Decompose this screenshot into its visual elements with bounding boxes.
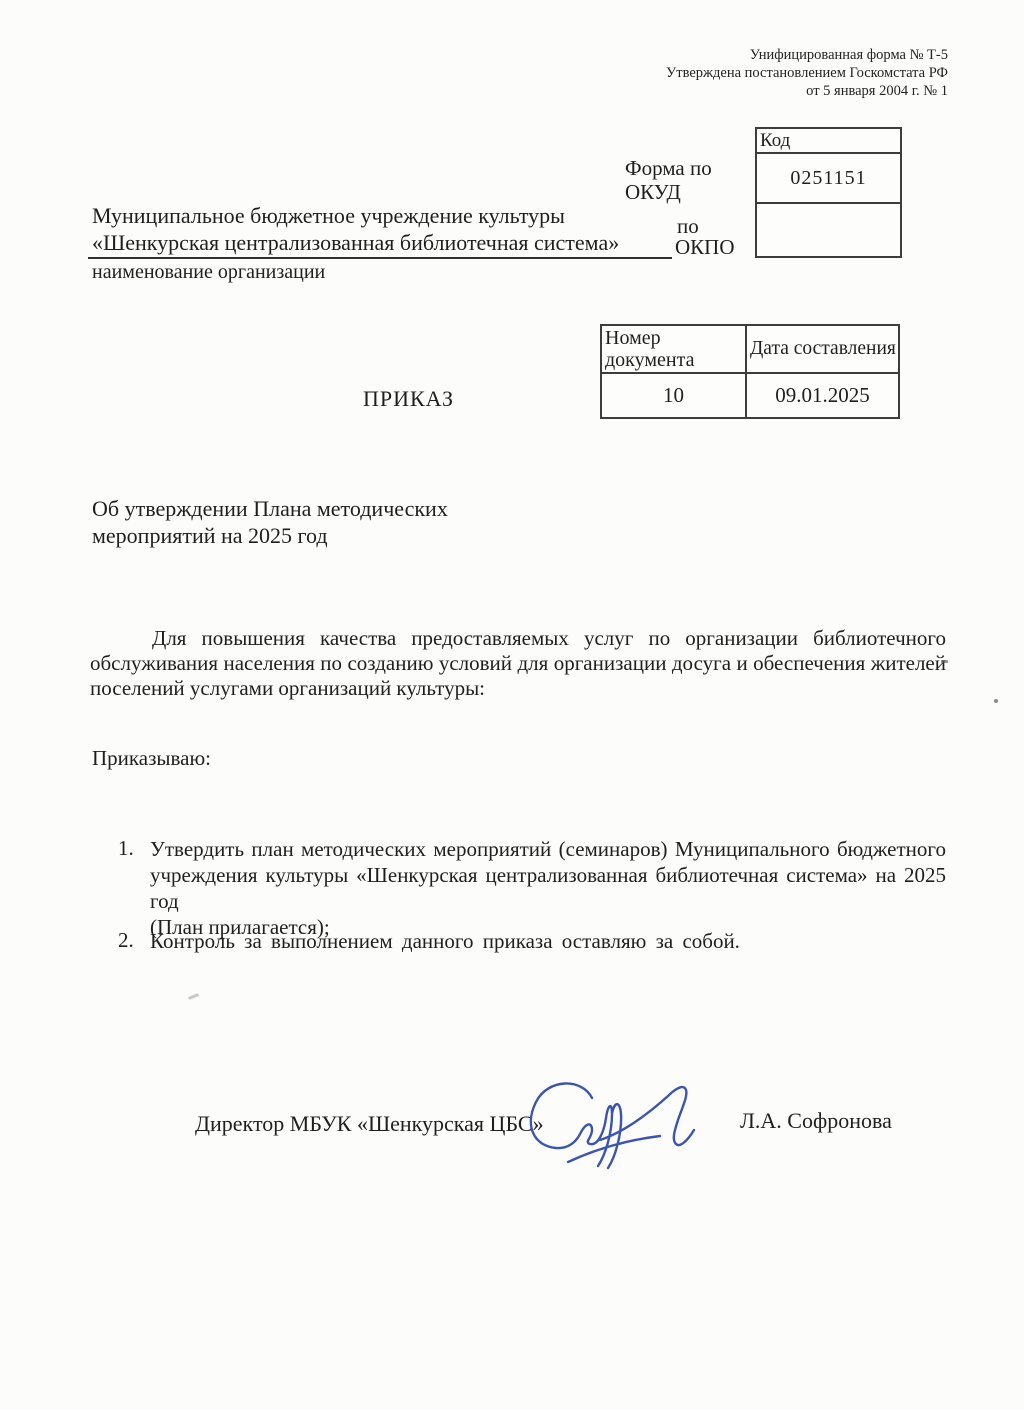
date-header-cell: Дата составления bbox=[745, 326, 898, 372]
okud-form-label: Форма по ОКУД bbox=[625, 156, 712, 204]
organization-name-line1: Муниципальное бюджетное учреждение культ… bbox=[92, 203, 565, 229]
list-item-number: 2. bbox=[118, 928, 134, 953]
code-table: Код 0251151 bbox=[755, 127, 902, 258]
preamble-line: поселений услугами организаций культуры: bbox=[90, 676, 946, 701]
list-item-line: Контроль за выполнением данного приказа … bbox=[150, 928, 946, 954]
scan-artifact bbox=[188, 993, 199, 1000]
handwritten-signature bbox=[512, 1070, 717, 1175]
okpo-label: ОКПО bbox=[675, 235, 735, 260]
subject-line: мероприятий на 2025 год bbox=[92, 522, 448, 549]
code-table-header: Код bbox=[757, 129, 900, 152]
okud-label-line: ОКУД bbox=[625, 180, 712, 204]
scan-artifact bbox=[941, 660, 948, 663]
signer-name: Л.А. Софронова bbox=[740, 1108, 892, 1134]
signature-stroke bbox=[531, 1083, 694, 1168]
preamble-line: обслуживания населения по созданию услов… bbox=[90, 651, 946, 676]
order-subject: Об утверждении Плана методических меропр… bbox=[92, 495, 448, 549]
stamp-line: Утверждена постановлением Госкомстата РФ bbox=[666, 64, 948, 82]
scan-artifact bbox=[994, 699, 998, 703]
preamble-paragraph: Для повышения качества предоставляемых у… bbox=[90, 626, 946, 701]
form-approval-stamp: Унифицированная форма № Т-5 Утверждена п… bbox=[666, 46, 948, 100]
order-title: ПРИКАЗ bbox=[363, 386, 454, 412]
number-header-cell: Номер документа bbox=[602, 326, 745, 372]
stamp-line: от 5 января 2004 г. № 1 bbox=[666, 82, 948, 100]
organization-caption: наименование организации bbox=[92, 261, 325, 284]
okud-label-line: Форма по bbox=[625, 156, 712, 180]
list-item: Контроль за выполнением данного приказа … bbox=[150, 928, 946, 954]
organization-name-line2: «Шенкурская централизованная библиотечна… bbox=[92, 230, 619, 256]
list-item-number: 1. bbox=[118, 836, 134, 861]
directive-label: Приказываю: bbox=[92, 746, 211, 771]
preamble-line: Для повышения качества предоставляемых у… bbox=[90, 626, 946, 651]
document-number-cell: 10 bbox=[602, 372, 745, 417]
list-item-line: Утвердить план методических мероприятий … bbox=[150, 836, 946, 862]
organization-name-underline bbox=[88, 257, 672, 259]
signer-role: Директор МБУК «Шенкурская ЦБС» bbox=[195, 1111, 544, 1137]
scanned-order-document: Унифицированная форма № Т-5 Утверждена п… bbox=[0, 0, 1024, 1410]
document-date-cell: 09.01.2025 bbox=[745, 372, 898, 417]
stamp-line: Унифицированная форма № Т-5 bbox=[666, 46, 948, 64]
subject-line: Об утверждении Плана методических bbox=[92, 495, 448, 522]
okud-code-cell: 0251151 bbox=[757, 152, 900, 202]
document-number-date-table: Номер документа Дата составления 10 09.0… bbox=[600, 324, 900, 419]
list-item-line: учреждения культуры «Шенкурская централи… bbox=[150, 862, 946, 914]
list-item: Утвердить план методических мероприятий … bbox=[150, 836, 946, 940]
okpo-code-cell bbox=[757, 202, 900, 256]
